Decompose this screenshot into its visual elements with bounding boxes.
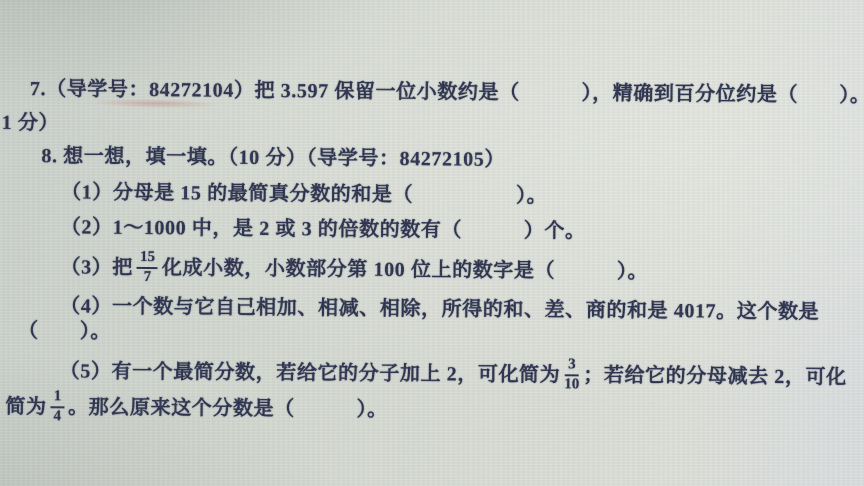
fraction-3-10-numerator: 3 [565,358,579,377]
question-8-item-3: （3）把 15 7 化成小数，小数部分第 100 位上的数字是（ ）。 [60,243,648,296]
question-7-text: 7.（导学号：84272104）把 3.597 保留一位小数约是（ ），精确到百… [30,76,864,109]
worksheet-text-layer: 7.（导学号：84272104）把 3.597 保留一位小数约是（ ），精确到百… [0,0,864,486]
fraction-1-4: 1 4 [50,390,64,426]
question-8-item-3-text-pre: （3）把 [60,254,133,281]
fraction-1-4-numerator: 1 [51,390,65,409]
fraction-3-10: 3 10 [564,358,579,394]
question-8-item-3-text-post: 化成小数，小数部分第 100 位上的数字是（ ）。 [162,255,648,285]
fraction-1-4-denominator: 4 [53,408,61,425]
fraction-15-7: 15 7 [137,250,158,286]
question-8-item-4-line-1: （4）一个数与它自己相加、相减、相除，所得的和、差、商的和是 4017。这个数是 [60,293,819,325]
question-8-item-5-line-2-text-post: 。那么原来这个分数是（ ）。 [68,394,388,423]
question-8-item-5-line-2: 简为 1 4 。那么原来这个分数是（ ）。 [5,383,388,434]
question-8-item-1: （1）分母是 15 的最简真分数的和是（ ）。 [61,179,547,209]
question-7-score-fragment: 1 分） [2,110,60,136]
question-8-item-2: （2）1～1000 中，是 2 或 3 的倍数的数有（ ）个。 [61,214,586,244]
question-8-item-4-line-2: （ ）。 [18,318,111,345]
question-8-header: 8. 想一想，填一填。（10 分）（导学号：84272105） [41,143,505,173]
worksheet-photo: 7.（导学号：84272104）把 3.597 保留一位小数约是（ ），精确到百… [0,0,864,486]
question-8-item-5-line-2-text-pre: 简为 [5,394,46,420]
fraction-3-10-denominator: 10 [564,376,579,393]
fraction-15-7-denominator: 7 [144,269,152,286]
fraction-15-7-numerator: 15 [137,250,158,269]
question-8-item-5-text-post: ；若给它的分母减去 2，可化 [583,362,847,390]
